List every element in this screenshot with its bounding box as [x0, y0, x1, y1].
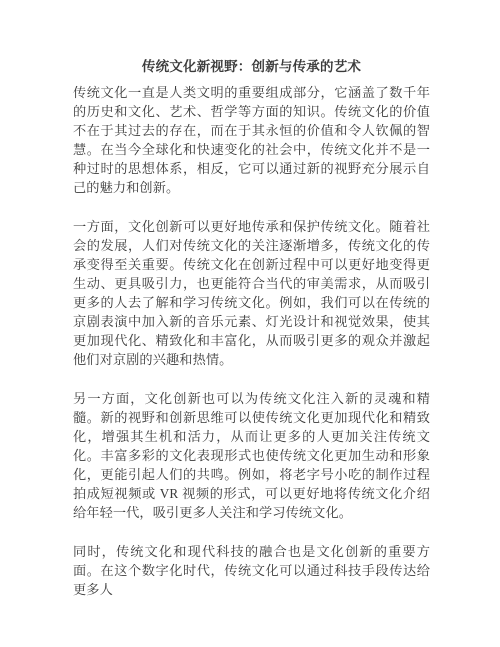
paragraph-2: 一方面，文化创新可以更好地传承和保护传统文化。随着社会的发展，人们对传统文化的关…	[73, 217, 430, 369]
paragraph-1: 传统文化一直是人类文明的重要组成部分，它涵盖了数千年的历史和文化、艺术、哲学等方…	[73, 83, 430, 197]
paragraph-3: 另一方面，文化创新也可以为传统文化注入新的灵魂和精髓。新的视野和创新思维可以使传…	[73, 389, 430, 522]
paragraph-4-truncated: 同时，传统文化和现代科技的融合也是文化创新的重要方面。在这个数字化时代，传统文化…	[73, 542, 430, 599]
document-title: 传统文化新视野：创新与传承的艺术	[73, 57, 430, 76]
document-page: 传统文化新视野：创新与传承的艺术 传统文化一直是人类文明的重要组成部分，它涵盖了…	[0, 0, 500, 647]
